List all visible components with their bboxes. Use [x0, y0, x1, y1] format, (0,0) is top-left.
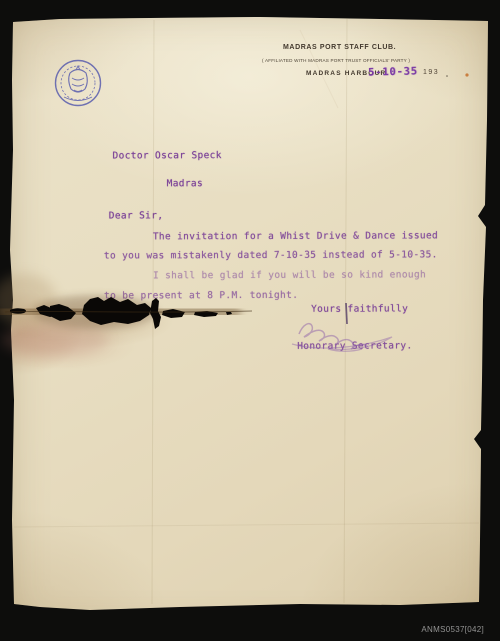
paper-edge-vignette — [0, 0, 500, 641]
letterhead-club-name: MADRAS PORT STAFF CLUB. — [283, 44, 396, 51]
recipient-city: Madras — [167, 178, 203, 189]
body-line: to be present at 8 P.M. tonight. — [104, 290, 298, 302]
letter-paper: MADRAS PORT STAFF CLUB. ( AFFILIATED WIT… — [0, 0, 500, 641]
body-line: The invitation for a Whist Drive & Dance… — [153, 230, 438, 242]
signed-title: Honorary Secretary. — [297, 340, 412, 351]
salutation: Dear Sir, — [109, 210, 164, 221]
typed-letter-text: Doctor Oscar Speck Madras Dear Sir, The … — [0, 0, 500, 1]
recipient-name: Doctor Oscar Speck — [113, 150, 222, 161]
closing-line: Yours faithfully — [311, 303, 408, 314]
letterhead-year-prefix: 193 — [423, 69, 439, 76]
date-stamp: 5-10-35 — [368, 65, 418, 78]
body-line: I shall be glad if you will be so kind e… — [153, 269, 426, 281]
scanned-letter-photo: MADRAS PORT STAFF CLUB. ( AFFILIATED WIT… — [0, 0, 500, 641]
body-line: to you was mistakenly dated 7-10-35 inst… — [104, 249, 438, 261]
catalog-number: ANMS0537[042] — [421, 625, 484, 634]
letterhead-affiliation: ( AFFILIATED WITH MADRAS PORT TRUST OFFI… — [262, 58, 410, 63]
